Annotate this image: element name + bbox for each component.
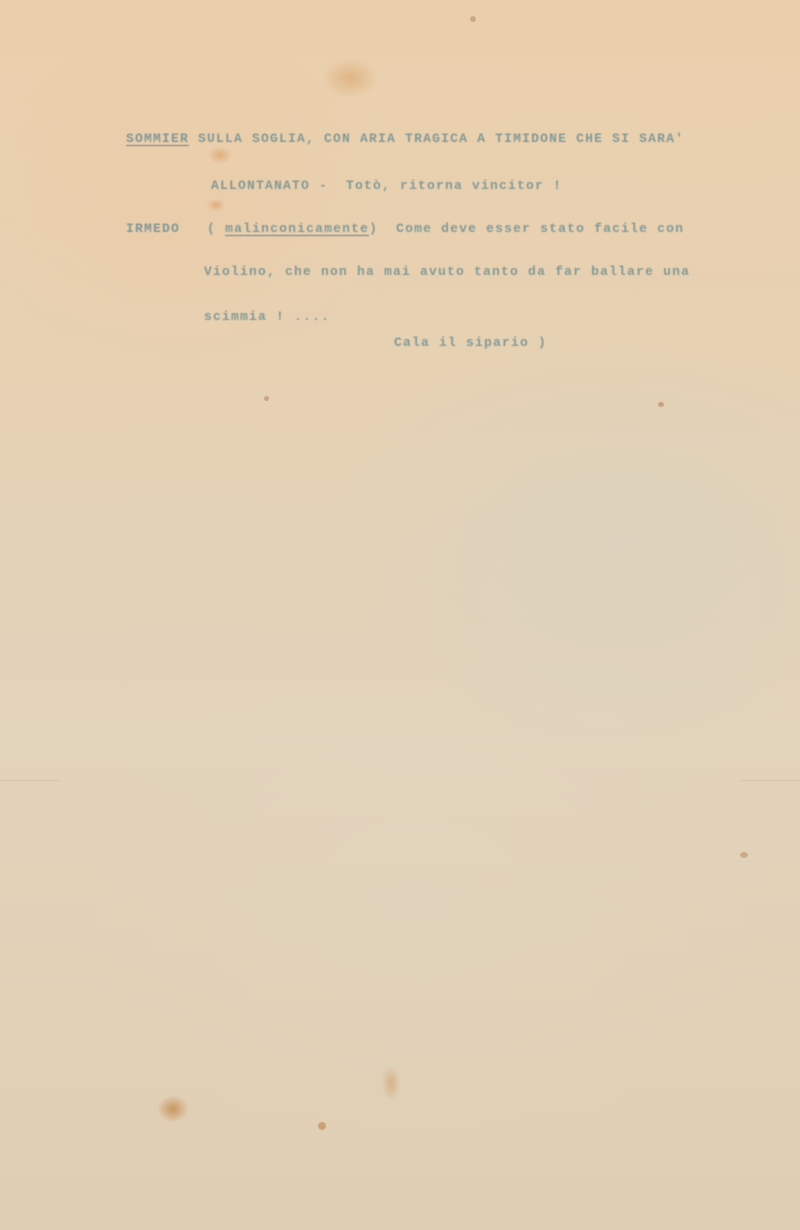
script-line-2: ALLONTANATO - Totò, ritorna vincitor !	[175, 163, 562, 208]
dialogue-text: ) Come deve esser stato facile con	[369, 221, 684, 236]
stain-dot-1	[318, 1122, 326, 1130]
speaker-name: SOMMIER	[126, 131, 189, 146]
stage-direction-text: Cala il sipario )	[394, 335, 547, 350]
stage-direction-text: SULLA SOGLIA, CON ARIA TRAGICA A TIMIDON…	[189, 131, 684, 146]
script-line-3: IRMEDO ( malinconicamente) Come deve ess…	[90, 206, 684, 251]
crease-left	[0, 780, 60, 781]
dialogue-text: Violino, che non ha mai avuto tanto da f…	[204, 264, 690, 279]
dialogue-text: scimmia ! ....	[204, 309, 330, 324]
script-line-4: Violino, che non ha mai avuto tanto da f…	[168, 249, 690, 294]
document-page: SOMMIER SULLA SOGLIA, CON ARIA TRAGICA A…	[0, 0, 800, 1230]
stain-top	[322, 58, 378, 98]
stain-dot-2	[470, 16, 476, 22]
script-line-5: scimmia ! ....	[168, 294, 330, 339]
paren-open: (	[207, 221, 225, 236]
script-line-6: Cala il sipario )	[358, 320, 547, 365]
crease-right	[740, 780, 800, 781]
stain-bottom-mid	[382, 1066, 400, 1100]
stain-dot-5	[264, 396, 269, 401]
stain-dot-4	[658, 402, 664, 407]
stain-dot-3	[740, 852, 748, 858]
stage-direction: malinconicamente	[225, 221, 369, 236]
speaker-name: IRMEDO	[126, 221, 180, 236]
dialogue-text: ALLONTANATO - Totò, ritorna vincitor !	[211, 178, 562, 193]
script-line-1: SOMMIER SULLA SOGLIA, CON ARIA TRAGICA A…	[90, 116, 684, 161]
stain-bottom-left	[158, 1096, 188, 1122]
